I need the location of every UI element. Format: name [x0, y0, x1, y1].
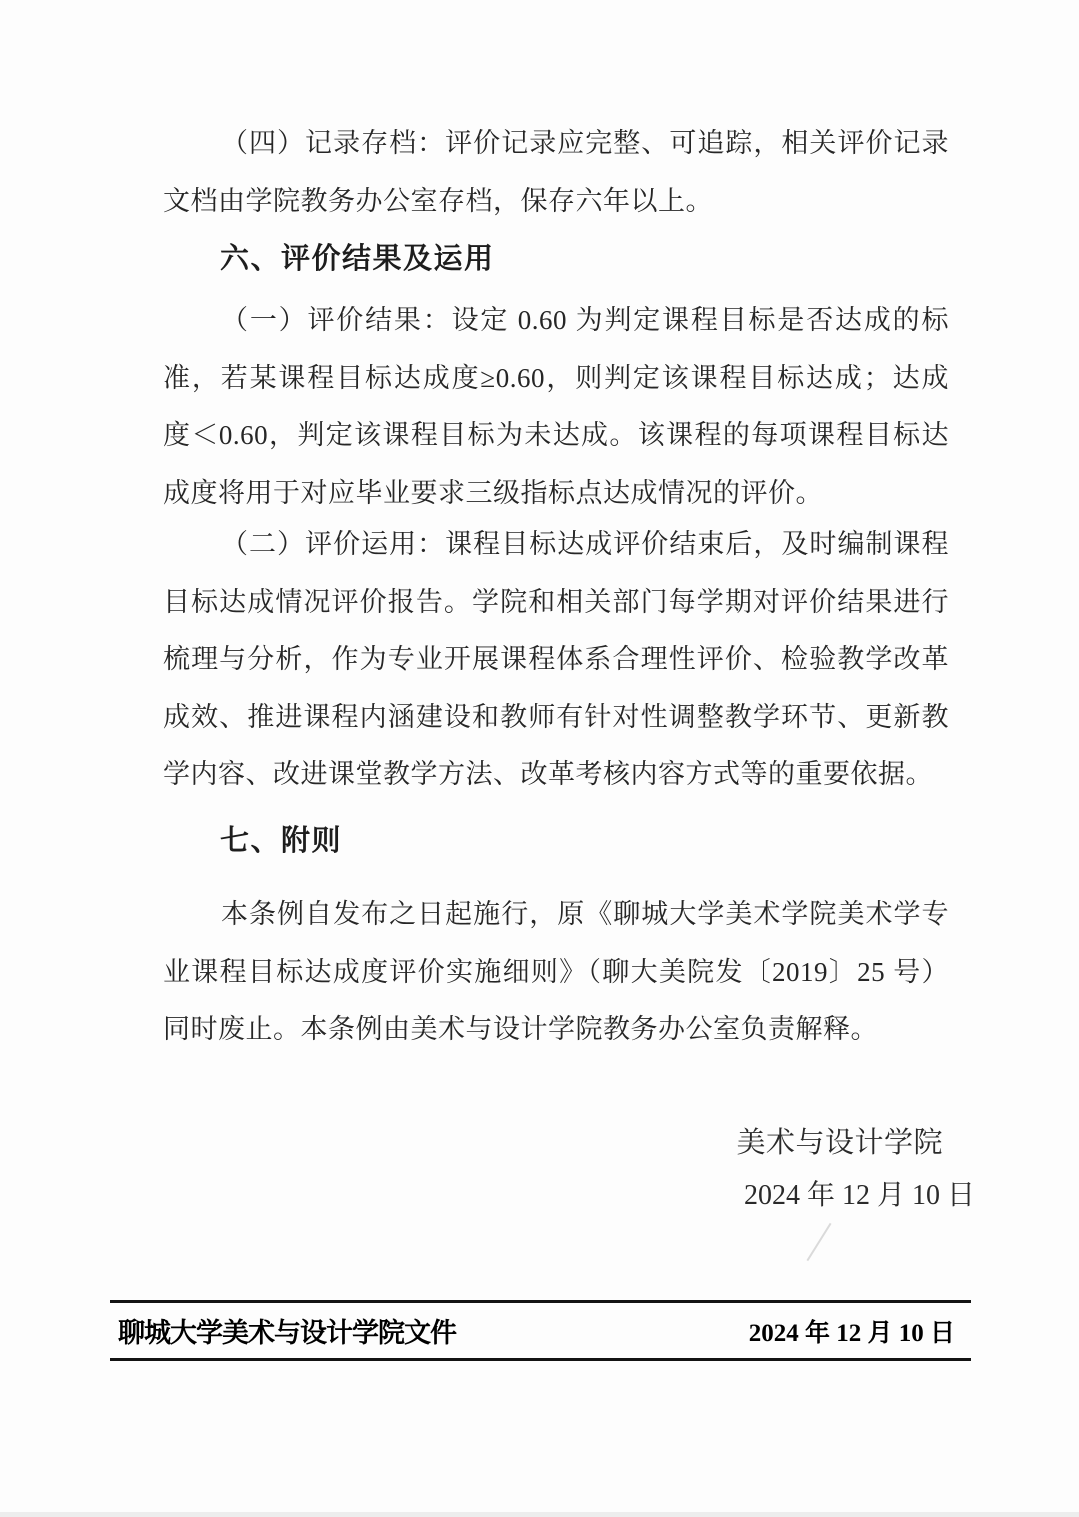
paragraph-eval-result: （一）评价结果：设定 0.60 为判定课程目标是否达成的标 准，若某课程目标达成… — [163, 292, 949, 522]
paragraph-line: 文档由学院教务办公室存档，保存六年以上。 — [163, 173, 949, 231]
paragraph-line: 成度将用于对应毕业要求三级指标点达成情况的评价。 — [163, 465, 949, 523]
signature-organization: 美术与设计学院 — [736, 1126, 943, 1160]
footer-date: 2024 年 12 月 10 日 — [749, 1313, 971, 1349]
paragraph-eval-application: （二）评价运用：课程目标达成评价结束后，及时编制课程 目标达成情况评价报告。学院… — [163, 516, 949, 804]
paragraph-line: （一）评价结果：设定 0.60 为判定课程目标是否达成的标 — [163, 292, 949, 350]
paragraph-record-archive: （四）记录存档：评价记录应完整、可追踪，相关评价记录 文档由学院教务办公室存档，… — [163, 115, 949, 230]
paragraph-line: （四）记录存档：评价记录应完整、可追踪，相关评价记录 — [163, 115, 949, 173]
paragraph-line: 学内容、改进课堂教学方法、改革考核内容方式等的重要依据。 — [163, 746, 949, 804]
paragraph-line: 成效、推进课程内涵建设和教师有针对性调整教学环节、更新教 — [163, 689, 949, 747]
footer-document-title: 聊城大学美术与设计学院文件 — [110, 1311, 456, 1350]
paragraph-line: （二）评价运用：课程目标达成评价结束后，及时编制课程 — [163, 516, 949, 574]
paragraph-line: 同时废止。本条例由美术与设计学院教务办公室负责解释。 — [163, 1001, 949, 1059]
paragraph-line: 本条例自发布之日起施行，原《聊城大学美术学院美术学专 — [163, 886, 949, 944]
paragraph-line: 度＜0.60，判定该课程目标为未达成。该课程的每项课程目标达 — [163, 407, 949, 465]
footer-band: 聊城大学美术与设计学院文件 2024 年 12 月 10 日 — [110, 1300, 971, 1361]
paragraph-line: 梳理与分析，作为专业开展课程体系合理性评价、检验教学改革 — [163, 631, 949, 689]
paragraph-line: 业课程目标达成度评价实施细则》（聊大美院发〔2019〕25 号） — [163, 944, 949, 1002]
paragraph-line: 准，若某课程目标达成度≥0.60，则判定该课程目标达成；达成 — [163, 350, 949, 408]
section-heading-seven: 七、附则 — [220, 825, 342, 857]
paragraph-line: 目标达成情况评价报告。学院和相关部门每学期对评价结果进行 — [163, 574, 949, 632]
document-page: （四）记录存档：评价记录应完整、可追踪，相关评价记录 文档由学院教务办公室存档，… — [0, 0, 1079, 1517]
section-heading-six: 六、评价结果及运用 — [220, 243, 495, 275]
scan-artifact-mark — [806, 1223, 831, 1261]
signature-date: 2024 年 12 月 10 日 — [744, 1180, 975, 1212]
scan-edge-strip — [0, 1512, 1079, 1517]
paragraph-supplementary: 本条例自发布之日起施行，原《聊城大学美术学院美术学专 业课程目标达成度评价实施细… — [163, 886, 949, 1059]
